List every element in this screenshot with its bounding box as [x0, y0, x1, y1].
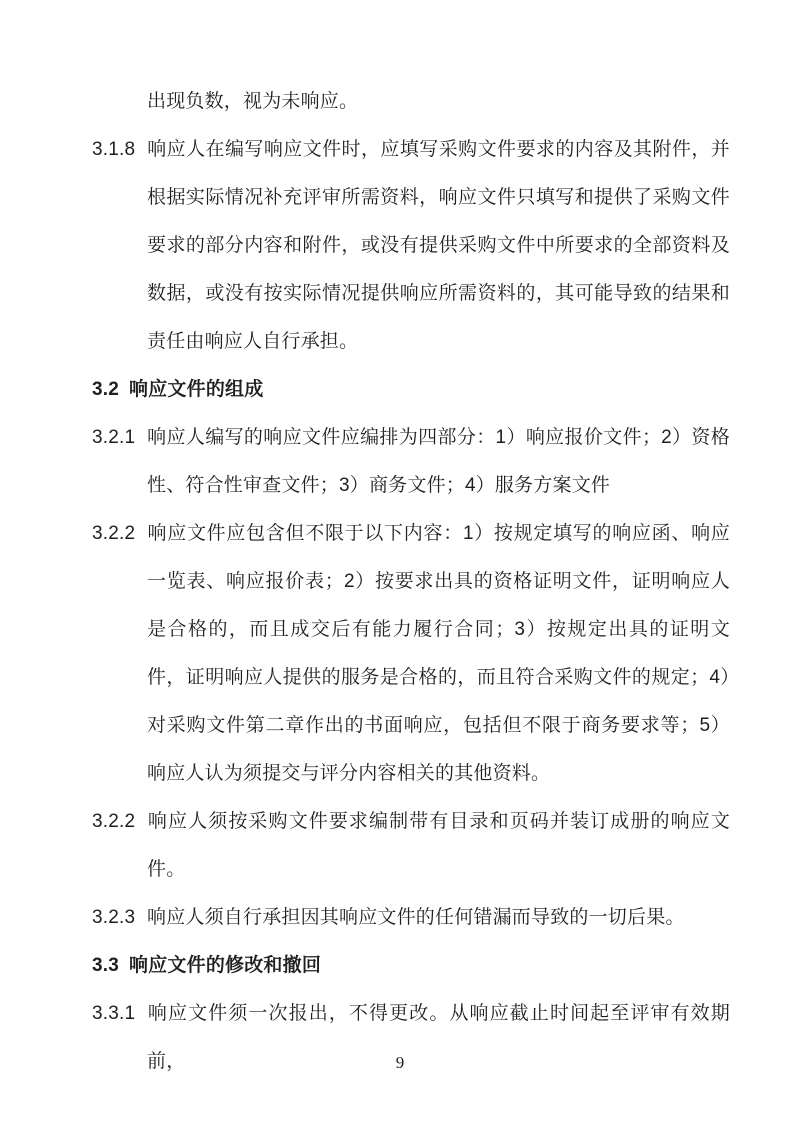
- heading-3-3: 3.3响应文件的修改和撤回: [92, 942, 730, 990]
- clause-3-1-8: 3.1.8响应人在编写响应文件时，应填写采购文件要求的内容及其附件，并根据实际情…: [92, 126, 730, 366]
- clause-3-2-2-binding: 3.2.2响应人须按采购文件要求编制带有目录和页码并装订成册的响应文件。: [92, 798, 730, 894]
- page-number: 9: [0, 1053, 800, 1073]
- section-number: 3.2: [92, 366, 119, 414]
- paragraph-text: 响应人须按采购文件要求编制带有目录和页码并装订成册的响应文件。: [147, 811, 730, 880]
- section-number: 3.2.3: [92, 894, 147, 942]
- document-page: { "document": { "paragraphs": [ { "type"…: [0, 0, 800, 1131]
- paragraph-text: 响应文件应包含但不限于以下内容：1）按规定填写的响应函、响应一览表、响应报价表；…: [147, 523, 730, 784]
- clause-3-2-1: 3.2.1响应人编写的响应文件应编排为四部分：1）响应报价文件；2）资格性、符合…: [92, 414, 730, 510]
- section-number: 3.3: [92, 942, 119, 990]
- paragraph-text: 出现负数，视为未响应。: [147, 91, 358, 112]
- section-number: 3.2.1: [92, 414, 147, 462]
- paragraph-text: 响应人在编写响应文件时，应填写采购文件要求的内容及其附件，并根据实际情况补充评审…: [147, 139, 730, 352]
- section-number: 3.2.2: [92, 510, 147, 558]
- document-body: 出现负数，视为未响应。 3.1.8响应人在编写响应文件时，应填写采购文件要求的内…: [92, 78, 730, 1086]
- heading-3-2: 3.2响应文件的组成: [92, 366, 730, 414]
- section-number: 3.1.8: [92, 126, 147, 174]
- paragraph-continuation: 出现负数，视为未响应。: [92, 78, 730, 126]
- paragraph-text: 响应人须自行承担因其响应文件的任何错漏而导致的一切后果。: [147, 907, 685, 928]
- heading-text: 响应文件的组成: [129, 379, 263, 400]
- section-number: 3.3.1: [92, 990, 147, 1038]
- clause-3-2-2-contents: 3.2.2响应文件应包含但不限于以下内容：1）按规定填写的响应函、响应一览表、响…: [92, 510, 730, 798]
- paragraph-text: 响应人编写的响应文件应编排为四部分：1）响应报价文件；2）资格性、符合性审查文件…: [147, 427, 730, 496]
- heading-text: 响应文件的修改和撤回: [129, 955, 321, 976]
- section-number: 3.2.2: [92, 798, 147, 846]
- clause-3-2-3: 3.2.3响应人须自行承担因其响应文件的任何错漏而导致的一切后果。: [92, 894, 730, 942]
